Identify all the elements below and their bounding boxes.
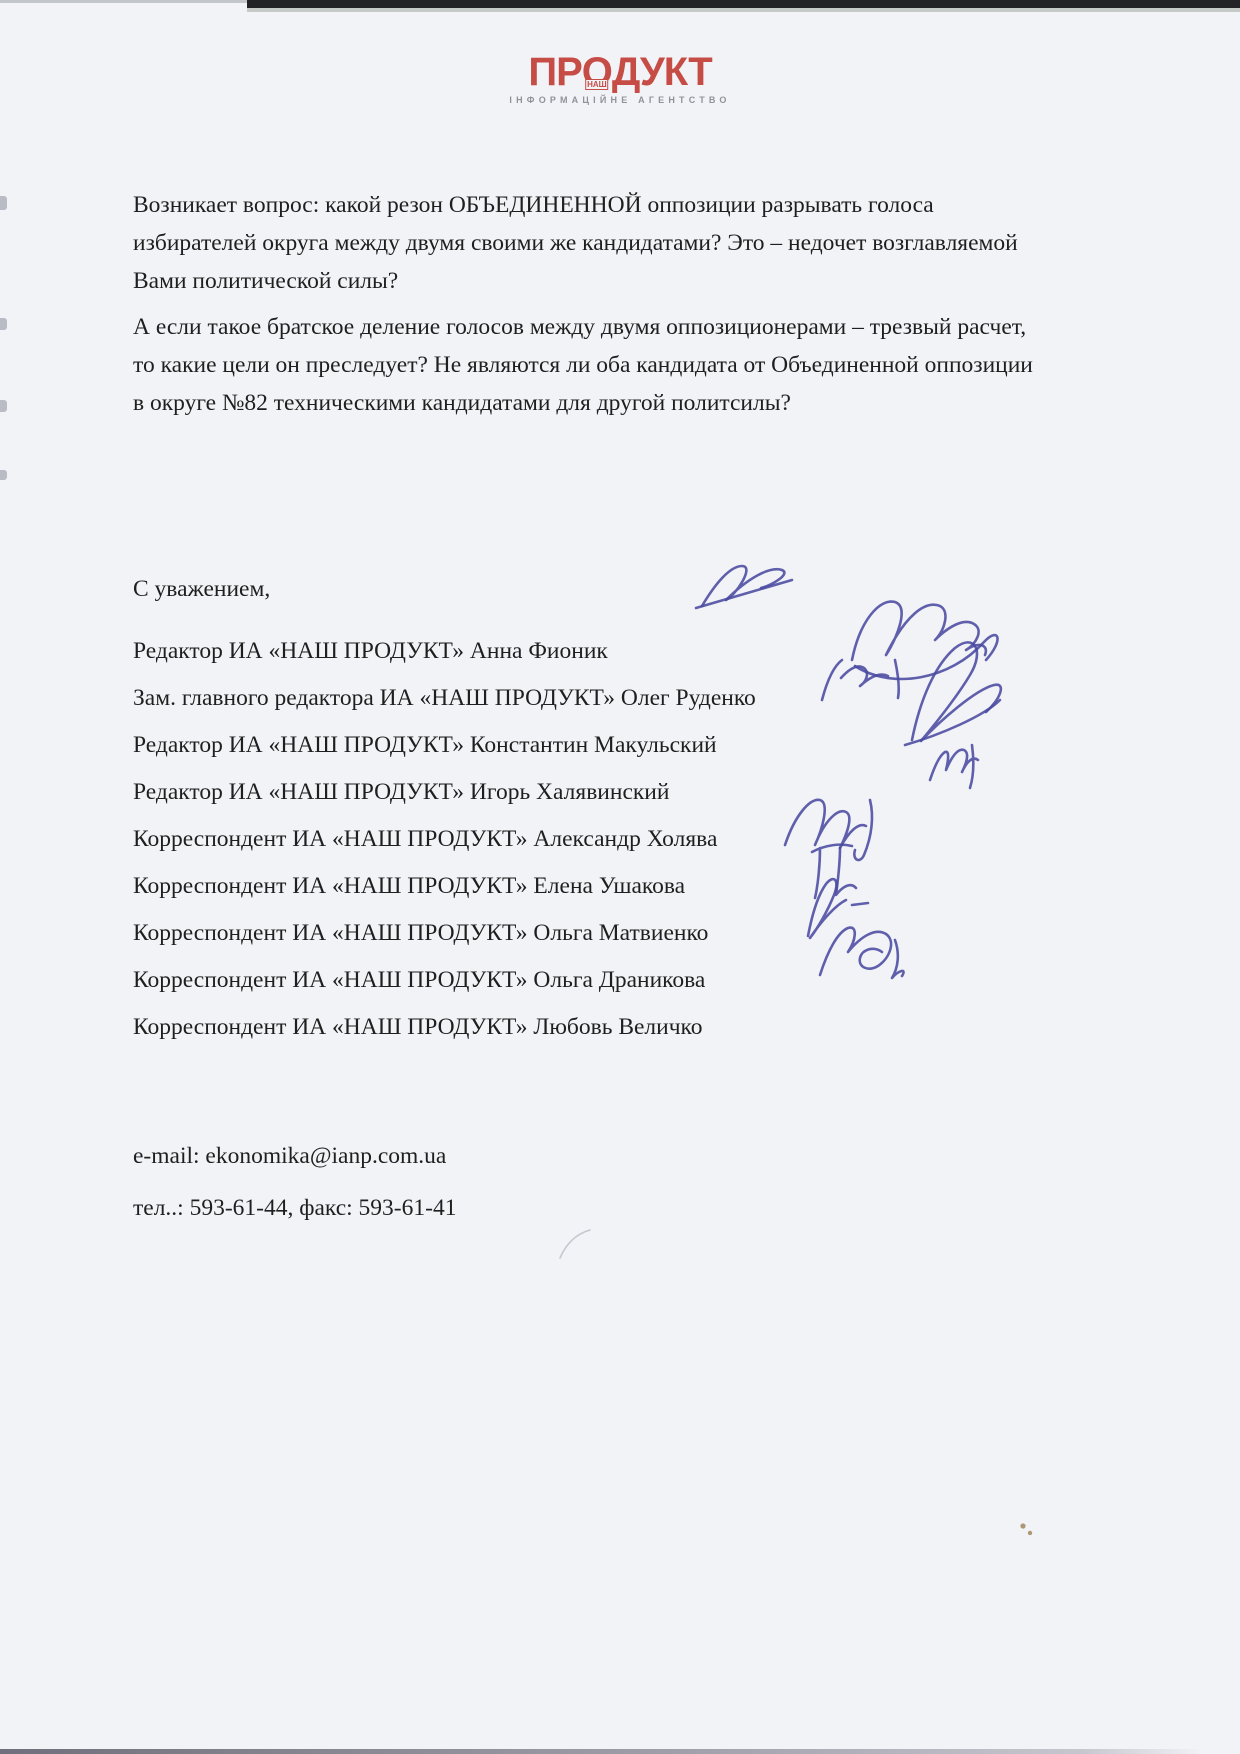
signatory-line: Корреспондент ИА «НАШ ПРОДУКТ» Ольга Мат… (133, 910, 893, 957)
signatory-line: Редактор ИА «НАШ ПРОДУКТ» Анна Фионик (133, 628, 893, 675)
signatory-line: Корреспондент ИА «НАШ ПРОДУКТ» Любовь Ве… (133, 1004, 893, 1051)
signatory-line: Редактор ИА «НАШ ПРОДУКТ» Константин Мак… (133, 722, 893, 769)
signature-khalyavinsky-tail (905, 700, 1000, 745)
scan-edge-top-light (247, 8, 1240, 12)
closing-salutation: С уважением, (133, 570, 270, 608)
brand-o-with-tag: ОНАШ (582, 52, 612, 92)
scan-edge-top-dark (247, 0, 1240, 8)
brand-suffix: ДУКТ (612, 50, 712, 94)
paper-speck (1020, 1523, 1025, 1528)
letterhead-logo: ПРОНАШДУКТ ІНФОРМАЦІЙНЕ АГЕНТСТВО (0, 52, 1240, 105)
signatory-line: Редактор ИА «НАШ ПРОДУКТ» Игорь Халявинс… (133, 769, 893, 816)
faint-arc-mark (560, 1230, 590, 1258)
brand-wordmark: ПРОНАШДУКТ (528, 52, 711, 92)
signature-kholyava (930, 745, 978, 788)
signatory-line: Зам. главного редактора ИА «НАШ ПРОДУКТ»… (133, 675, 893, 722)
signature-fionik-underline (696, 580, 792, 608)
scan-left-smudge (0, 400, 7, 412)
brand-tagline: ІНФОРМАЦІЙНЕ АГЕНТСТВО (0, 95, 1240, 105)
brand-prefix: ПР (528, 50, 581, 94)
scan-edge-bottom (0, 1749, 1203, 1754)
paragraph-question-2: А если такое братское деление голосов ме… (133, 308, 1041, 422)
scan-left-smudge (0, 470, 7, 480)
signatory-line: Корреспондент ИА «НАШ ПРОДУКТ» Елена Уша… (133, 863, 893, 910)
signature-khalyavinsky (912, 642, 1001, 741)
scan-edge-top-left (0, 0, 247, 3)
signatory-list: Редактор ИА «НАШ ПРОДУКТ» Анна Фионик За… (133, 628, 893, 1051)
paper-speck (1028, 1531, 1032, 1535)
contact-phone-fax: тел..: 593-61-44, факс: 593-61-41 (133, 1192, 456, 1224)
signatory-line: Корреспондент ИА «НАШ ПРОДУКТ» Александр… (133, 816, 893, 863)
signature-fionik (702, 566, 784, 606)
contact-email: e-mail: ekonomika@ianp.com.ua (133, 1140, 446, 1172)
signatory-line: Корреспондент ИА «НАШ ПРОДУКТ» Ольга Дра… (133, 957, 893, 1004)
paragraph-question-1: Возникает вопрос: какой резон ОБЪЕДИНЕНН… (133, 186, 1041, 300)
scan-left-smudge (0, 318, 7, 330)
scanned-letter-page: ПРОНАШДУКТ ІНФОРМАЦІЙНЕ АГЕНТСТВО Возник… (0, 0, 1240, 1754)
scan-left-smudge (0, 196, 7, 210)
brand-o-tag: НАШ (585, 79, 609, 90)
